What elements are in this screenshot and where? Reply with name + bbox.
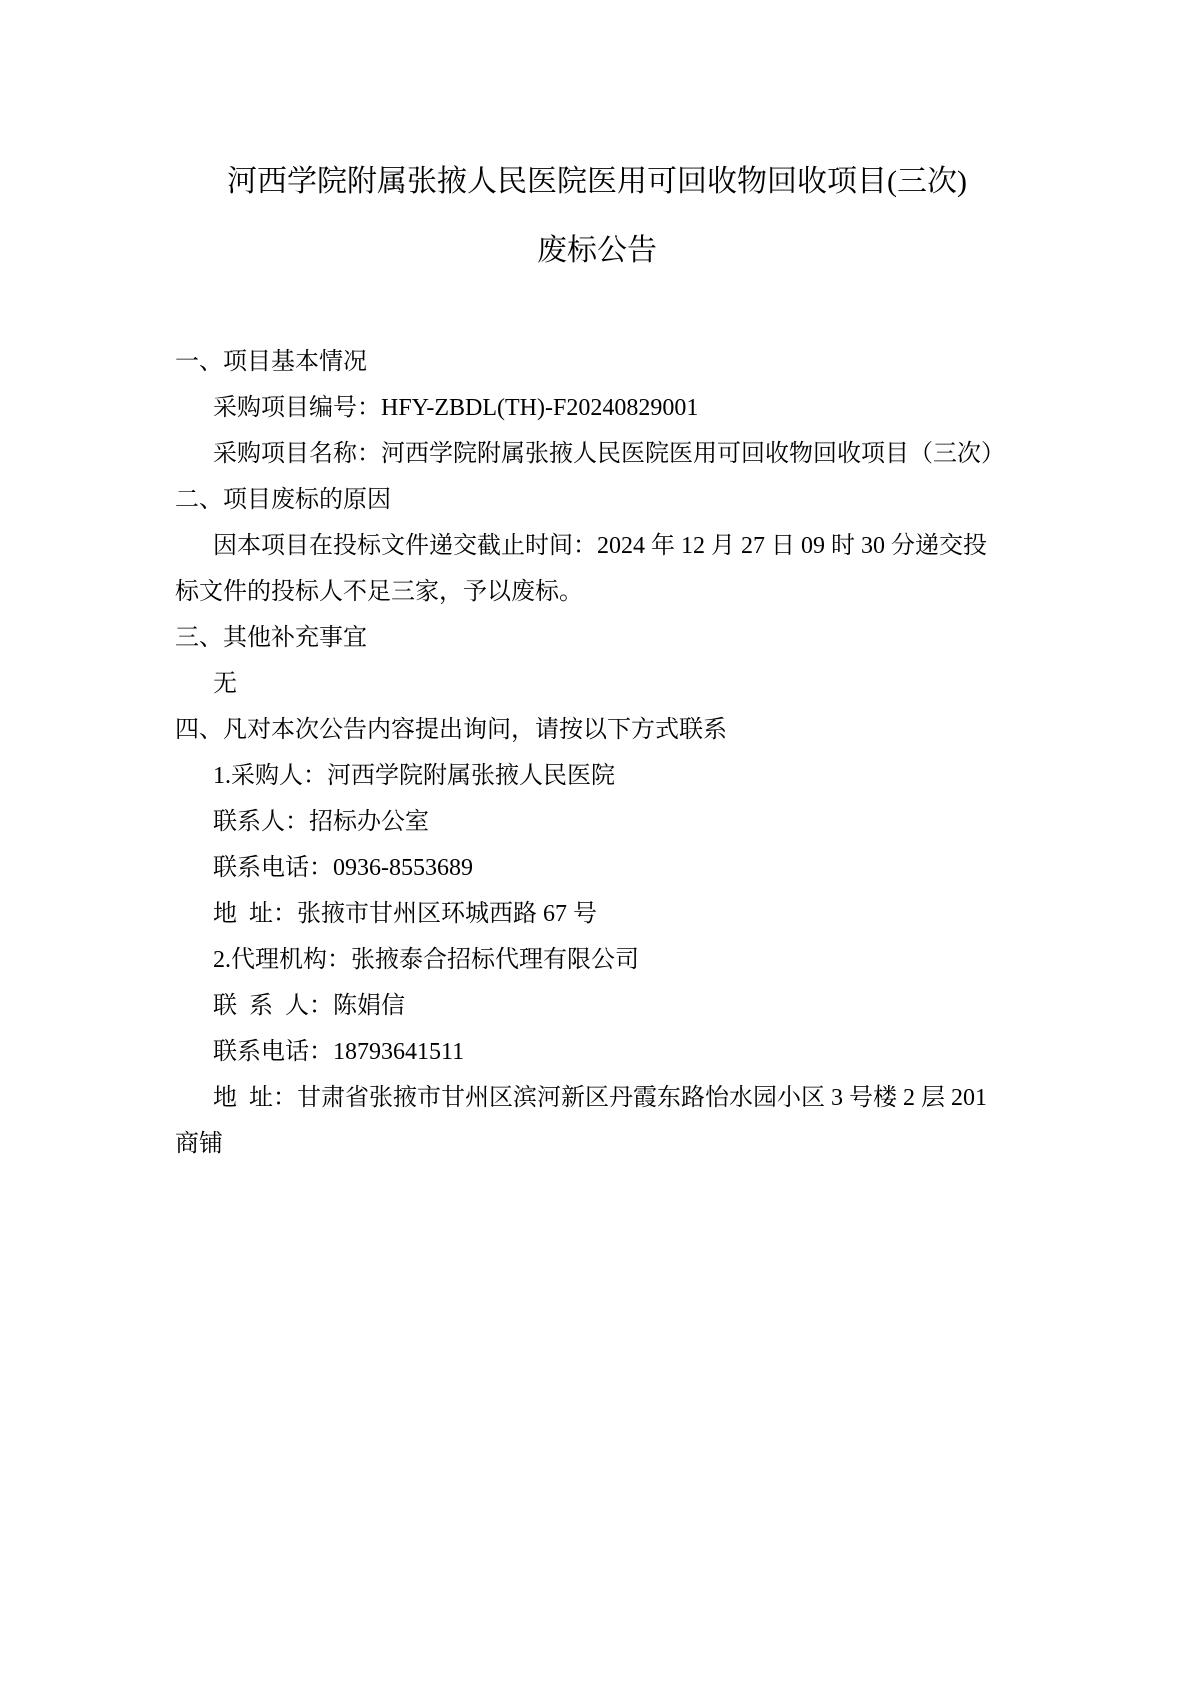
document-content: 河西学院附属张掖人民医院医用可回收物回收项目(三次) 废标公告 一、项目基本情况…	[0, 0, 1191, 1167]
document-body: 一、项目基本情况采购项目编号：HFY-ZBDL(TH)-F20240829001…	[175, 339, 1019, 1167]
paragraph: 地 址：张掖市甘州区环城西路 67 号	[175, 891, 1019, 937]
section-heading: 二、项目废标的原因	[175, 477, 1019, 523]
paragraph: 2.代理机构：张掖泰合招标代理有限公司	[175, 937, 1019, 983]
document-title: 河西学院附属张掖人民医院医用可回收物回收项目(三次)	[175, 165, 1019, 198]
section-heading: 一、项目基本情况	[175, 339, 1019, 385]
paragraph: 采购项目名称：河西学院附属张掖人民医院医用可回收物回收项目（三次）	[175, 431, 1019, 477]
section-heading: 三、其他补充事宜	[175, 615, 1019, 661]
paragraph: 无	[175, 661, 1019, 707]
section-heading: 四、凡对本次公告内容提出询问，请按以下方式联系	[175, 707, 1019, 753]
paragraph: 联 系 人：陈娟信	[175, 983, 1019, 1029]
paragraph: 联系电话：0936-8553689	[175, 845, 1019, 891]
paragraph: 因本项目在投标文件递交截止时间：2024 年 12 月 27 日 09 时 30…	[175, 523, 1019, 615]
paragraph: 联系电话：18793641511	[175, 1029, 1019, 1075]
paragraph: 1.采购人：河西学院附属张掖人民医院	[175, 753, 1019, 799]
paragraph: 采购项目编号：HFY-ZBDL(TH)-F20240829001	[175, 385, 1019, 431]
document-page: 河西学院附属张掖人民医院医用可回收物回收项目(三次) 废标公告 一、项目基本情况…	[0, 0, 1191, 1684]
paragraph: 联系人：招标办公室	[175, 799, 1019, 845]
document-subtitle: 废标公告	[175, 234, 1019, 267]
paragraph: 地 址：甘肃省张掖市甘州区滨河新区丹霞东路怡水园小区 3 号楼 2 层 201 …	[175, 1075, 1019, 1167]
